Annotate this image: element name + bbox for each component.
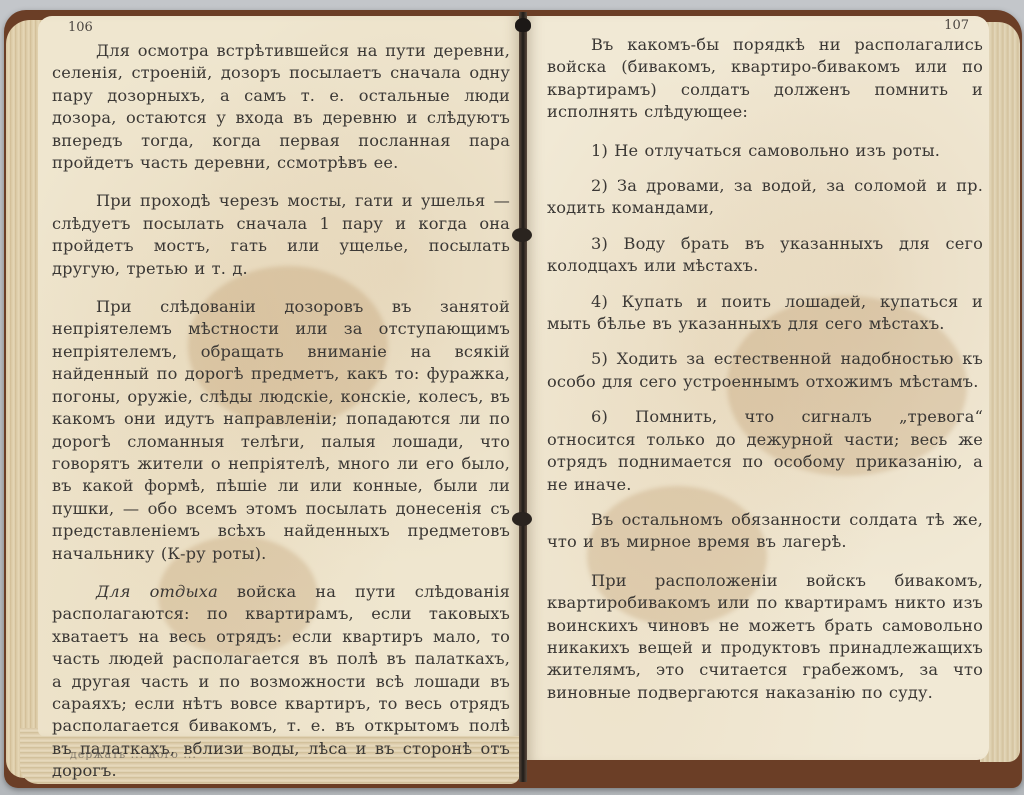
left-page: 106 Для осмотра встрѣтившейся на пути де…: [38, 16, 520, 736]
closing-paragraph: При расположеніи войскъ бивакомъ, кварти…: [547, 570, 983, 704]
paragraph: При проходѣ черезъ мосты, гати и ушелья …: [52, 190, 510, 280]
rule-item: 5) Ходить за естественной надобностью къ…: [547, 348, 983, 393]
binding-thread: [515, 18, 531, 32]
book-gutter: [519, 12, 527, 782]
left-page-text: Для осмотра встрѣтившейся на пути деревн…: [52, 40, 510, 795]
binding-thread: [512, 512, 532, 526]
rule-item: 2) За дровами, за водой, за соломой и пр…: [547, 175, 983, 220]
rule-item: 6) Помнить, что сигналъ „тревога“ относи…: [547, 406, 983, 496]
emphasis-text: Для отдыха: [96, 582, 218, 601]
rule-item: 4) Купать и поить лошадей, купаться и мы…: [547, 291, 983, 336]
rule-item: 1) Не отлучаться самовольно изъ роты.: [547, 140, 983, 162]
paragraph: При слѣдованіи дозоровъ въ занятой непрі…: [52, 296, 510, 565]
right-page: 107 Въ какомъ-бы порядкѣ ни располагалис…: [527, 16, 989, 760]
bottom-fragment-text: держать ... ного ...: [70, 748, 330, 760]
intro-paragraph: Въ какомъ-бы порядкѣ ни располагались во…: [547, 34, 983, 124]
page-number-left: 106: [68, 20, 93, 35]
binding-thread: [512, 228, 532, 242]
closing-paragraph: Въ остальномъ обязанности солдата тѣ же,…: [547, 509, 983, 554]
page-number-right: 107: [944, 18, 969, 33]
right-page-text: Въ какомъ-бы порядкѣ ни располагались во…: [547, 34, 983, 720]
paragraph: Для осмотра встрѣтившейся на пути деревн…: [52, 40, 510, 174]
rule-item: 3) Воду брать въ указанныхъ для сего кол…: [547, 233, 983, 278]
